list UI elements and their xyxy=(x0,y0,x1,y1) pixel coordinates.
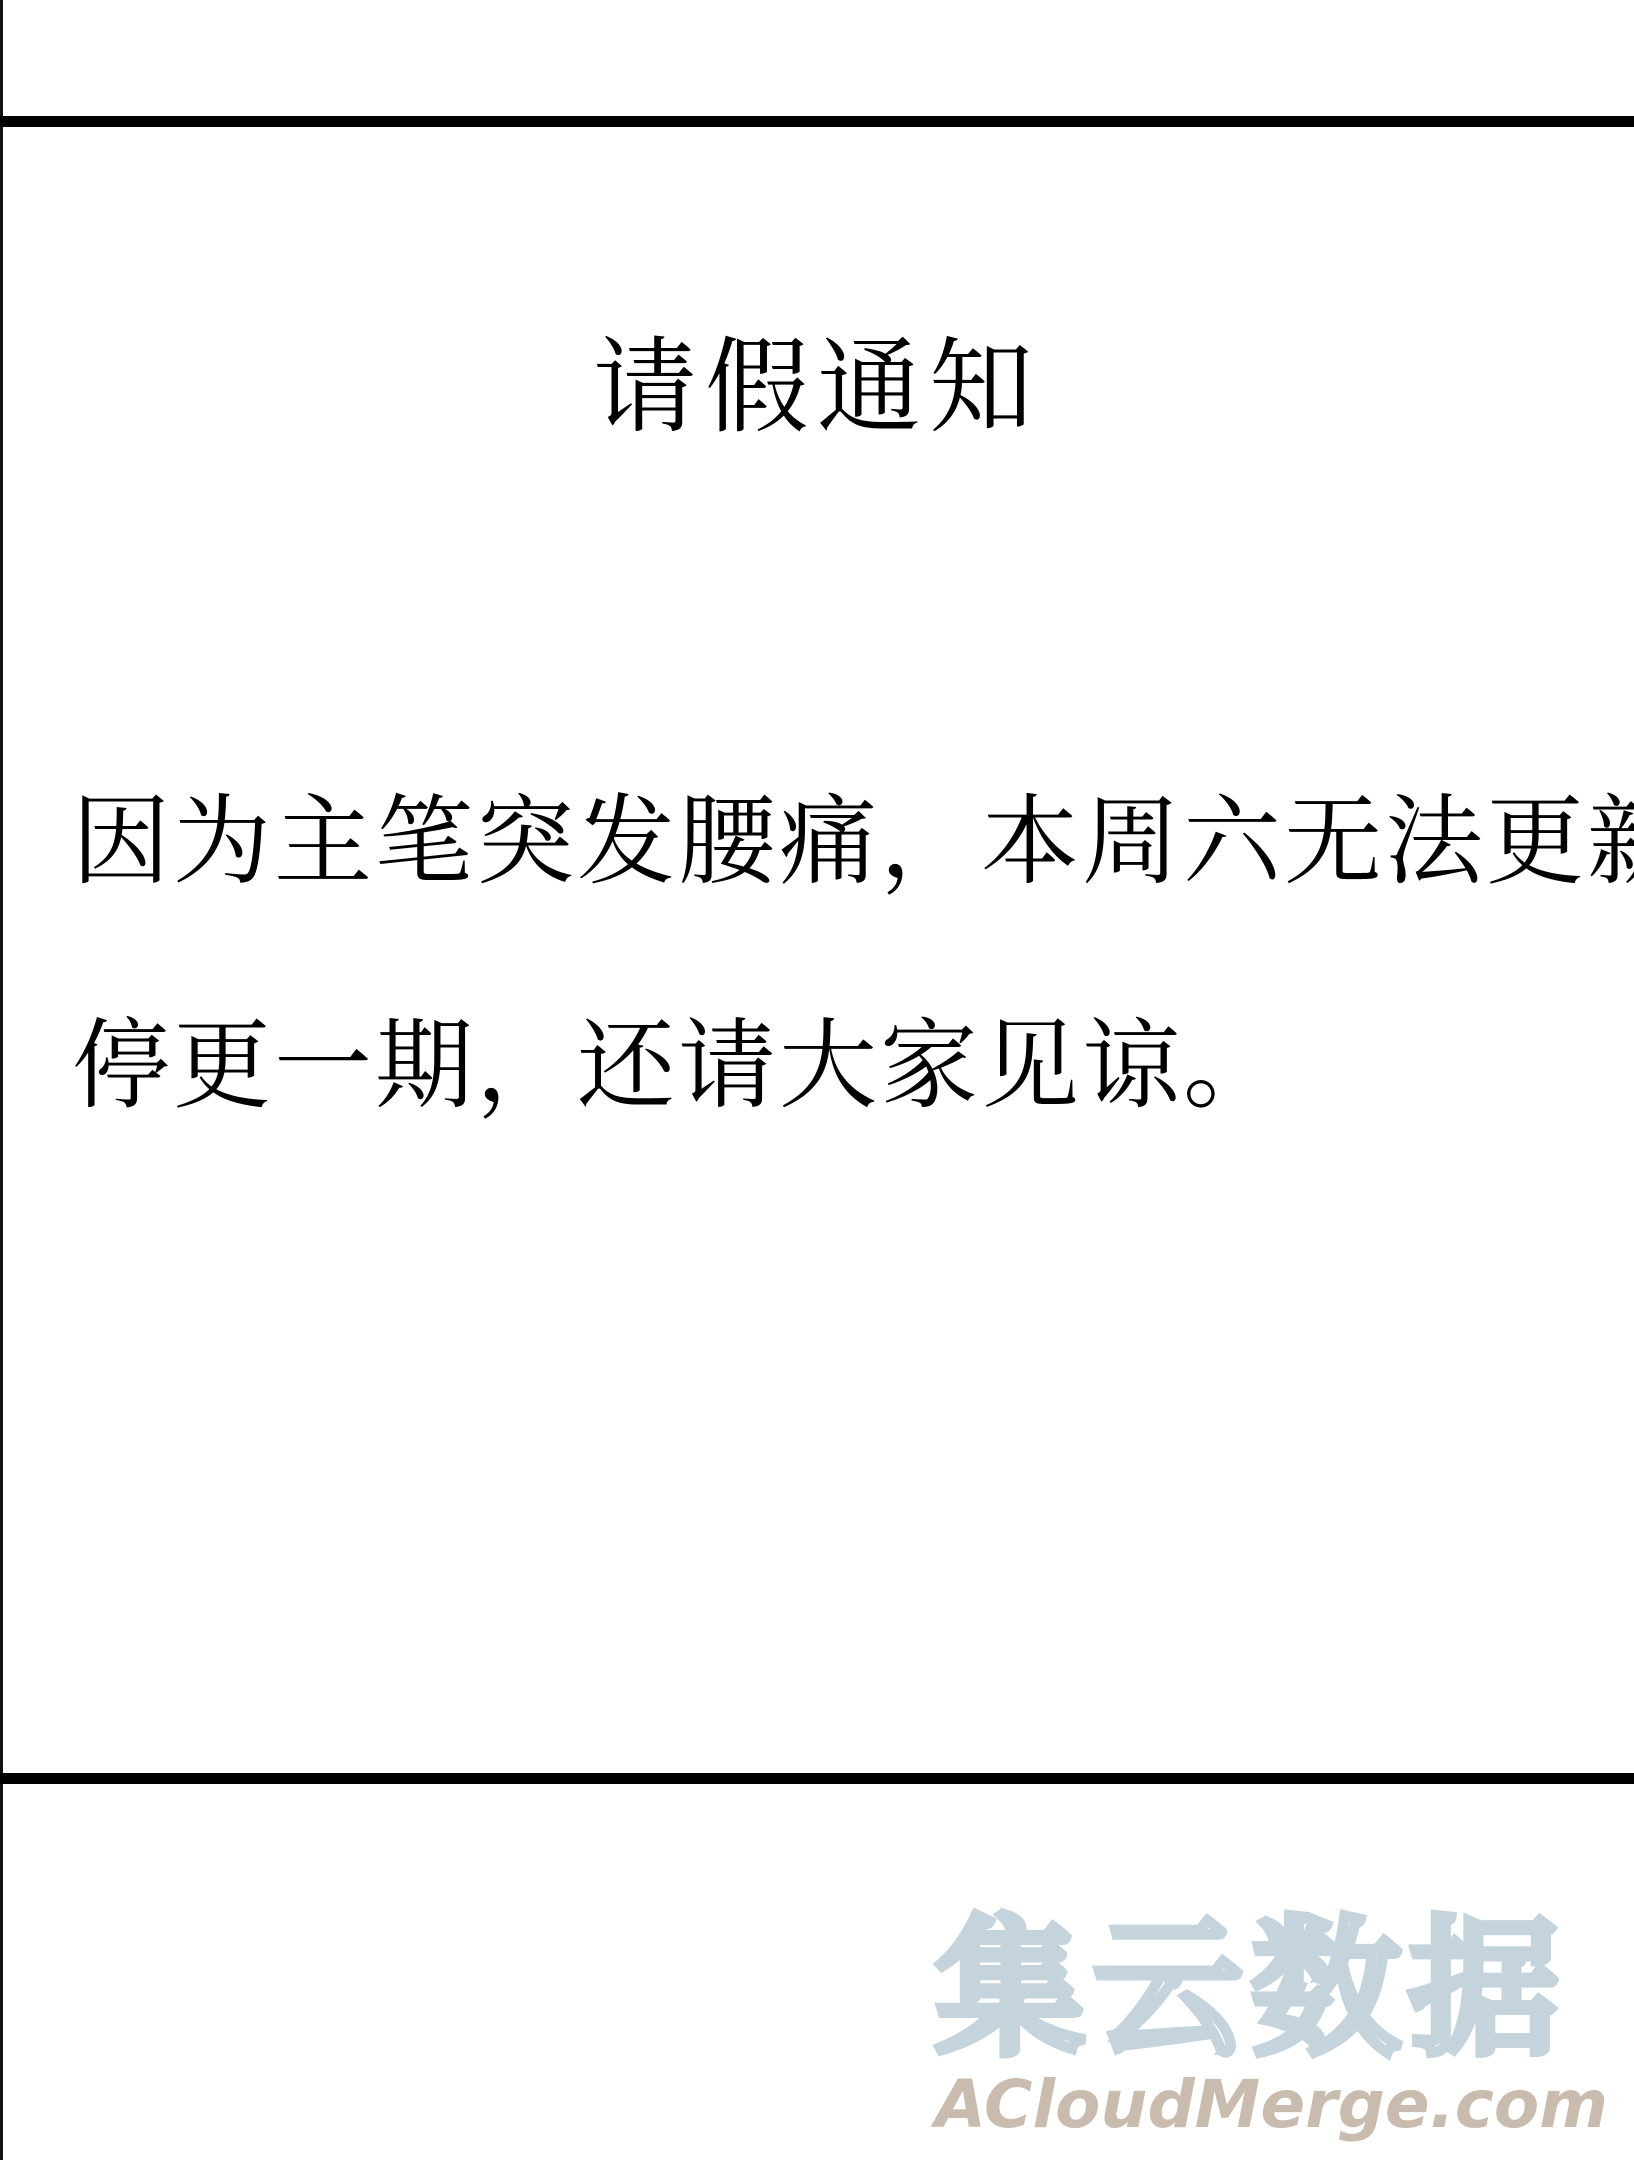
notice-body-line-2: 停更一期，还请大家见谅。 xyxy=(72,1006,1284,1126)
bottom-divider xyxy=(0,1773,1634,1784)
watermark: 集云数据 ACloudMerge.com xyxy=(935,1895,1615,2135)
watermark-english: ACloudMerge.com xyxy=(935,2065,1608,2145)
notice-title: 请假通知 xyxy=(0,322,1634,452)
top-divider xyxy=(0,116,1634,127)
watermark-chinese: 集云数据 xyxy=(935,1895,1567,2085)
notice-body-line-1: 因为主笔突发腰痛，本周六无法更新 xyxy=(72,782,1634,902)
